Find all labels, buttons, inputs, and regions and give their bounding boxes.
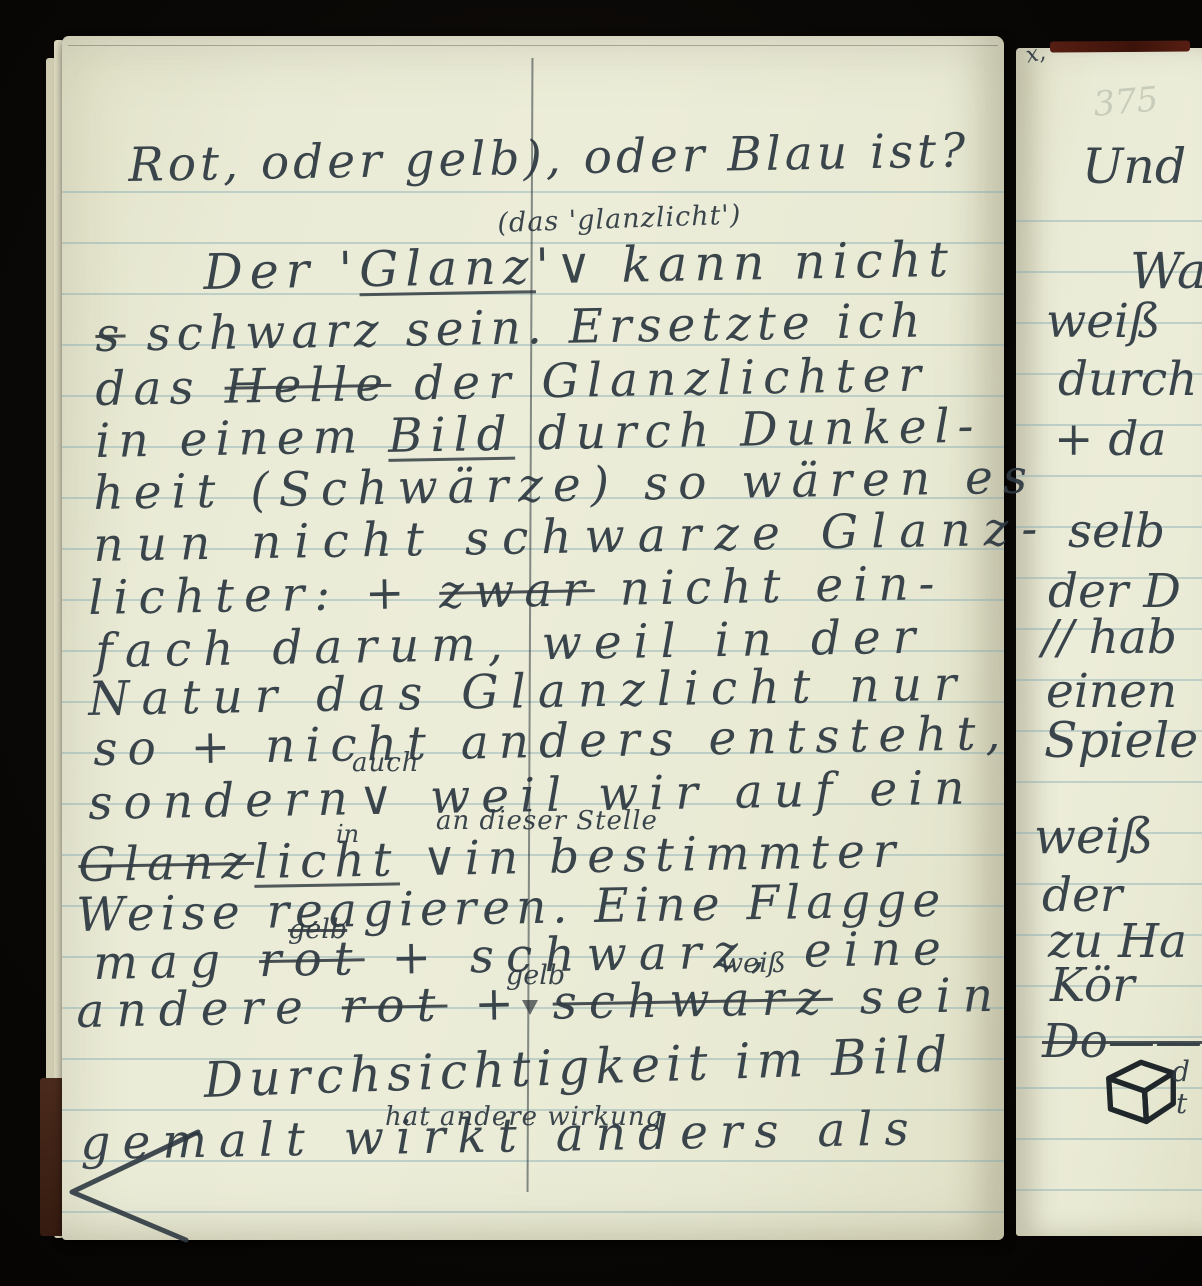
- cube-sketch: [1098, 1052, 1184, 1130]
- notebook-scan: Rot, oder gelb), oder Blau ist?(das 'gla…: [0, 0, 1202, 1286]
- binding-glue-residue: [1050, 41, 1190, 53]
- down-arrowhead: [522, 1000, 538, 1015]
- insertion-mark: [60, 1120, 230, 1250]
- page-top-edge-line: [68, 45, 998, 46]
- ruled-lines-left: [62, 191, 1004, 1237]
- left-page: [62, 36, 1004, 1240]
